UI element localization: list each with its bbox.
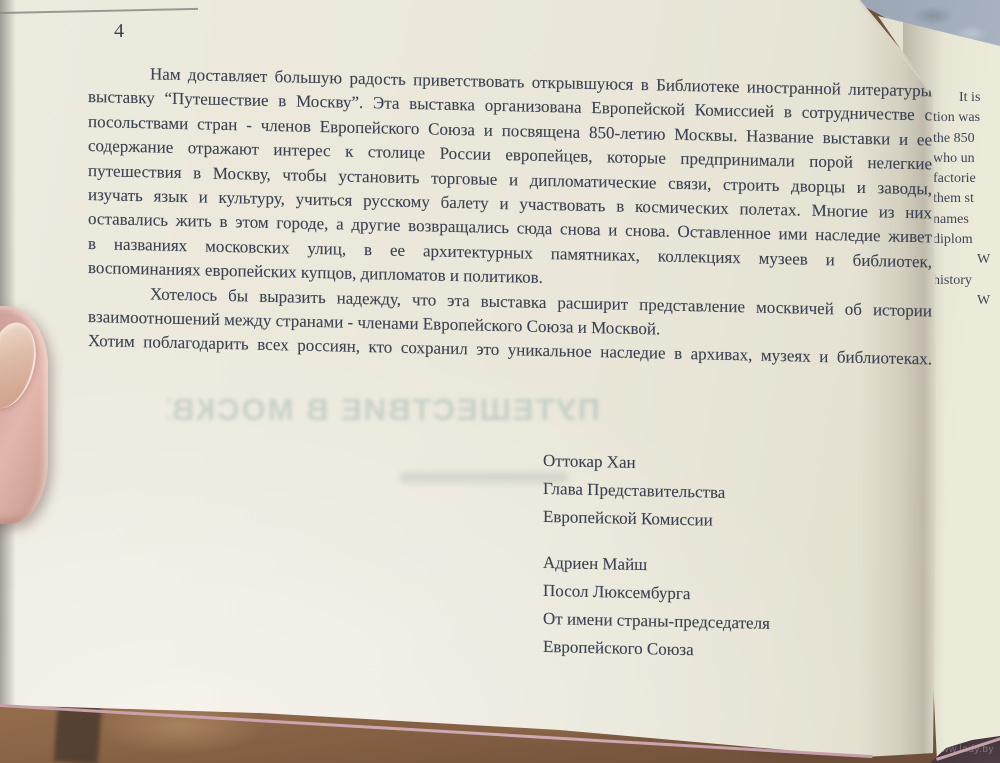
signature-block: Оттокар Хан Глава Представительства Евро…: [543, 447, 843, 668]
text-line: them st: [933, 189, 1000, 209]
signature-title: Европейского Союза: [543, 633, 843, 668]
text-line: W: [933, 291, 1000, 311]
text-line: who un: [933, 149, 1000, 169]
header-rule: [0, 8, 198, 14]
show-through-title: ПУТЕШЕСТВИЕ В МОСКВУ: [168, 392, 600, 438]
book-page: 4 ПУТЕШЕСТВИЕ В МОСКВУ Нам доставляет бо…: [0, 0, 1000, 763]
text-line: tion was: [933, 108, 1000, 128]
page-number: 4: [114, 20, 124, 43]
text-line: history: [933, 271, 1000, 291]
text-line: names: [933, 210, 1000, 230]
text-line: diplom: [933, 230, 1000, 250]
right-page-text: It is tion was the 850 who un factorie t…: [933, 88, 1000, 311]
text-line: It is: [933, 88, 1000, 108]
book-photo: It is tion was the 850 who un factorie t…: [0, 0, 1000, 763]
thumb: [0, 306, 48, 524]
text-line: W: [933, 250, 1000, 270]
text-line: the 850: [933, 129, 1000, 149]
thumb-nail: [0, 318, 44, 415]
text-line: factorie: [933, 169, 1000, 189]
page-text: Нам доставляет большую радость приветств…: [88, 61, 932, 372]
